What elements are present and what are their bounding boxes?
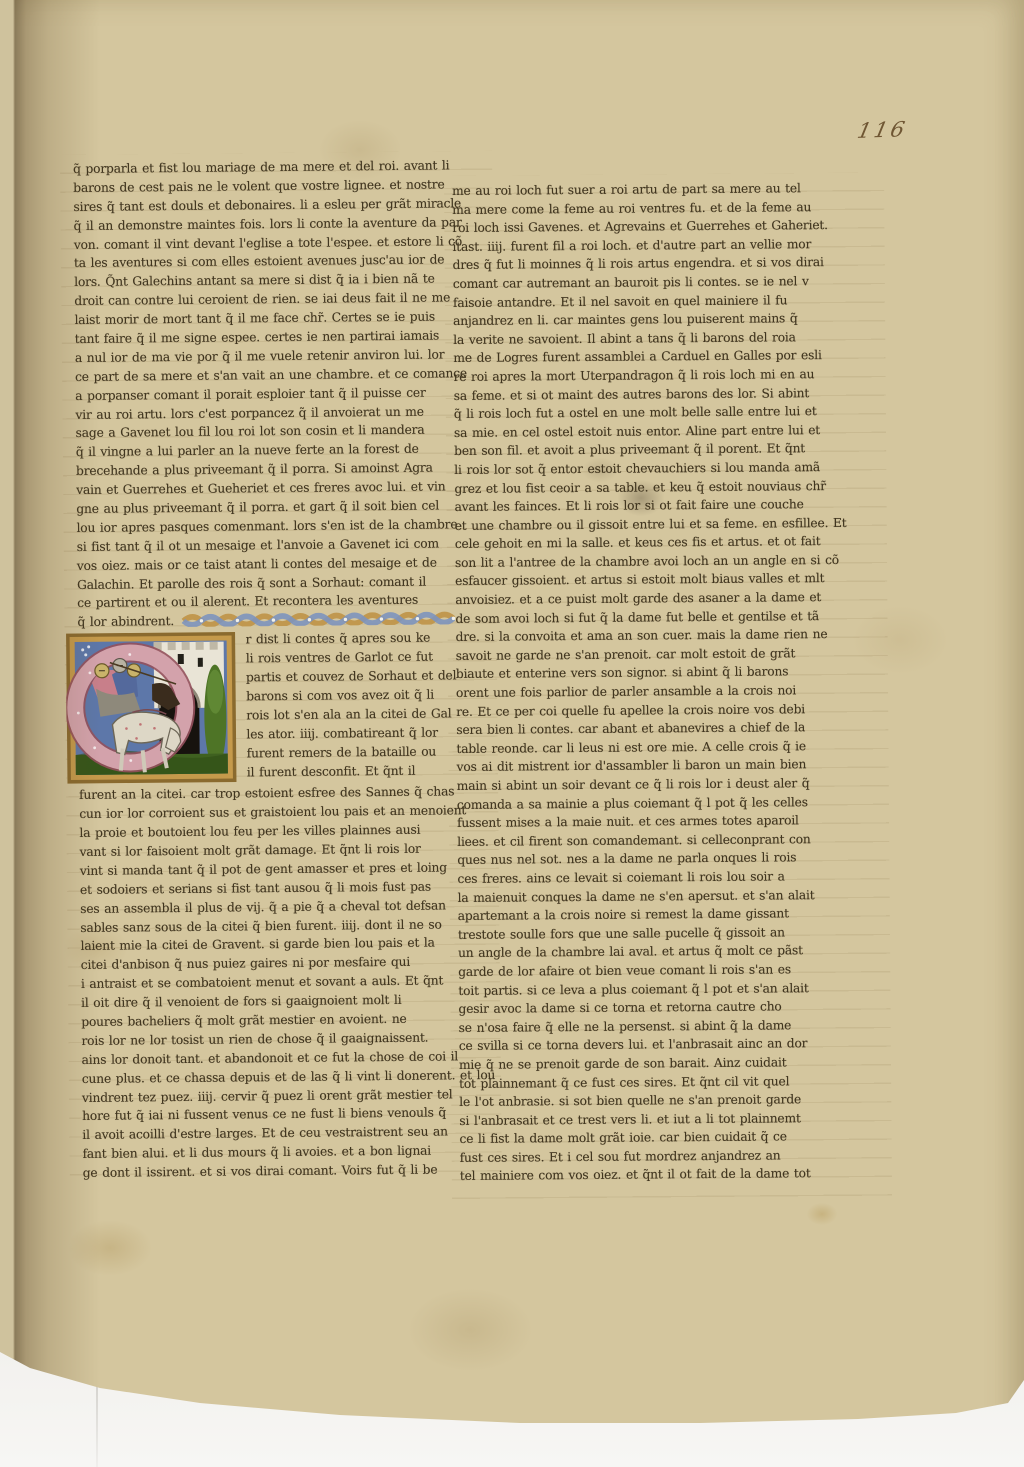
line-filler-ornament <box>180 612 466 628</box>
manuscript-text-line: i antraist et se combatoient menut et so… <box>81 971 487 994</box>
manuscript-text-line: dre. si la convoita et ama an son cuer. … <box>456 625 880 647</box>
manuscript-text-line: sa mie. en cel ostel estoit nuis entor. … <box>454 420 878 442</box>
left-column-upper-lines: q̃ porparla et fist lou mariage de ma me… <box>73 156 483 613</box>
right-column-lines: me au roi loch fut suer a roi artu de pa… <box>452 179 884 1186</box>
manuscript-photo: 116 q̃ porparla et fist lou mariage de m… <box>0 0 1024 1467</box>
parchment-folio: 116 q̃ porparla et fist lou mariage de m… <box>0 0 1024 1467</box>
manuscript-text-line: grez et lou fist ceoir a sa table. et ke… <box>454 476 878 498</box>
binding-gutter-shadow <box>0 0 110 1467</box>
manuscript-text-line: re roi apres la mort Uterpandragon q̃ li… <box>453 365 877 387</box>
folio-number: 116 <box>855 117 910 143</box>
manuscript-text-line: roi loch issi Gavenes. et Agrevains et G… <box>452 216 876 238</box>
initial-paragraph: r dist li contes q̃ apres sou keli rois … <box>78 628 485 786</box>
text-column-right: me au roi loch fut suer a roi artu de pa… <box>452 179 884 1186</box>
manuscript-text-line: ge dont il issirent. et si vos dirai com… <box>83 1160 489 1183</box>
manuscript-text-line: cun ior lor corroient sus et graistoient… <box>79 801 485 824</box>
manuscript-text-line: dres q̃ fut li moinnes q̃ li rois artus … <box>453 253 877 275</box>
left-column-lower-lines: furent an la citei. car trop estoient es… <box>79 782 489 1183</box>
manuscript-text-line: tel mainiere com vos oiez. et q̃nt il ot… <box>460 1164 884 1186</box>
text-column-left: q̃ porparla et fist lou mariage de ma me… <box>73 156 489 1183</box>
